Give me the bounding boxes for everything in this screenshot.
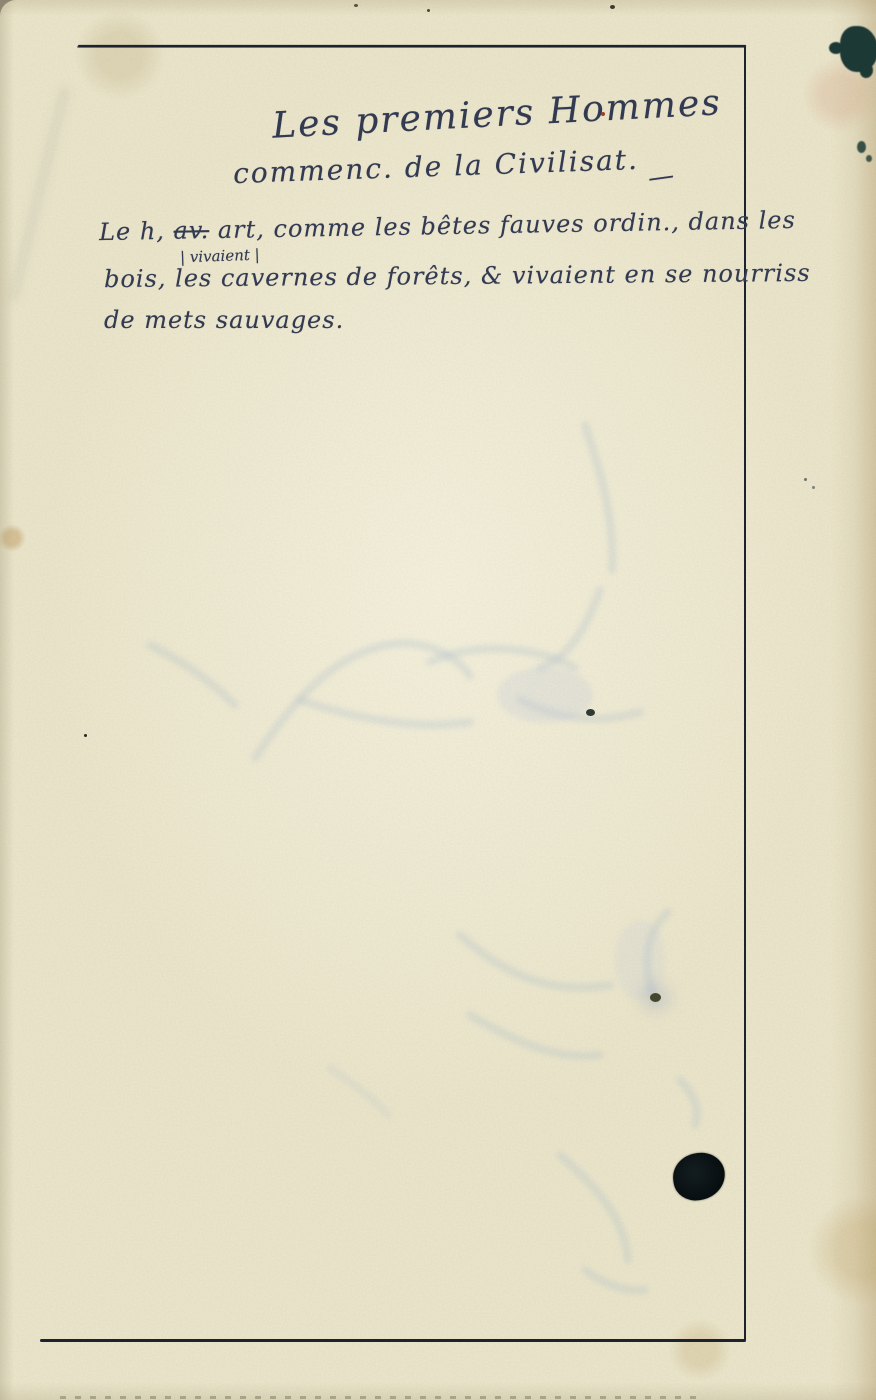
edge-speck: [812, 486, 815, 489]
red-fleck: [601, 112, 605, 116]
title-line-2: commenc. de la Civilisat.: [233, 143, 640, 190]
pencil-smudge: [8, 86, 71, 302]
body-line-3: de mets sauvages.: [104, 306, 344, 334]
manuscript-page: Les premiers Hommes commenc. de la Civil…: [0, 0, 876, 1400]
frame-line-top: [78, 45, 746, 47]
body-line-2: bois, les cavernes de forêts, & vivaient…: [104, 259, 811, 293]
corner-ink-stain-droplet: [829, 42, 843, 54]
title-line-1: Les premiers Hommes: [271, 82, 722, 146]
edge-speck: [610, 5, 615, 9]
edge-speck: [804, 478, 807, 481]
dark-speck: [586, 709, 595, 716]
title-trailing-dash: —: [646, 160, 676, 193]
body-line-1-end: art, comme les bêtes fauves ordin., dans…: [218, 206, 796, 244]
corner-ink-stain-droplet: [860, 64, 873, 78]
dark-speck-with-halo: [650, 993, 661, 1002]
bottom-edge-flecks: [60, 1396, 700, 1399]
body-line-1-struck-word: av.: [173, 216, 209, 245]
edge-speck: [354, 4, 358, 7]
edge-speck: [427, 9, 430, 12]
edge-ink-speck: [866, 155, 872, 162]
frame-line-bottom: [40, 1339, 746, 1342]
body-line-1-start: Le h,: [99, 217, 165, 246]
dark-speck: [84, 734, 87, 737]
edge-ink-speck: [857, 141, 866, 153]
body-line-1: Le h, av. art, comme les bêtes fauves or…: [99, 206, 796, 246]
frame-line-right: [744, 45, 746, 1341]
ink-blot: [670, 1150, 728, 1204]
